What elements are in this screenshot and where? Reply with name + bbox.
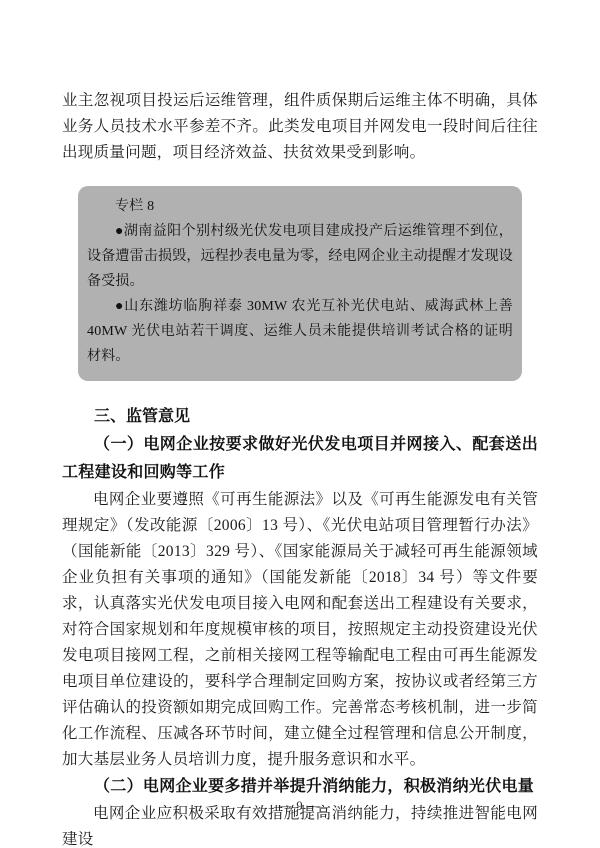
bullet-icon: ● [115, 299, 124, 314]
subsection-1-heading: （一）电网企业按要求做好光伏发电项目并网接入、配套送出工程建设和回购等工作 [62, 431, 538, 487]
bullet-icon: ● [115, 224, 124, 239]
document-page: 业主忽视项目投运后运维管理，组件质保期后运维主体不明确，具体业务人员技术水平参差… [0, 0, 600, 848]
callout-title: 专栏 8 [87, 194, 513, 219]
callout-bullet-item: ●山东潍坊临朐祥泰 30MW 农光互补光伏电站、威海武林上善 40MW 光伏电站… [87, 294, 513, 369]
subsection-1-body: 电网企业要遵照《可再生能源法》以及《可再生能源发电有关管理规定》（发改能源〔20… [62, 487, 538, 773]
callout-bullet-item: ●湖南益阳个别村级光伏发电项目建成投产后运维管理不到位，设备遭雷击损毁，远程抄表… [87, 219, 513, 294]
callout-item-text: 山东潍坊临朐祥泰 30MW 农光互补光伏电站、威海武林上善 40MW 光伏电站若… [87, 299, 513, 364]
paragraph-intro: 业主忽视项目投运后运维管理，组件质保期后运维主体不明确，具体业务人员技术水平参差… [62, 88, 538, 166]
section-heading: 三、监管意见 [62, 403, 538, 431]
page-number: — 9 — [0, 799, 600, 814]
subsection-2-heading: （二）电网企业要多措并举提升消纳能力，积极消纳光伏电量 [62, 773, 538, 801]
callout-box: 专栏 8 ●湖南益阳个别村级光伏发电项目建成投产后运维管理不到位，设备遭雷击损毁… [78, 186, 522, 381]
callout-item-text: 湖南益阳个别村级光伏发电项目建成投产后运维管理不到位，设备遭雷击损毁，远程抄表电… [87, 224, 513, 289]
